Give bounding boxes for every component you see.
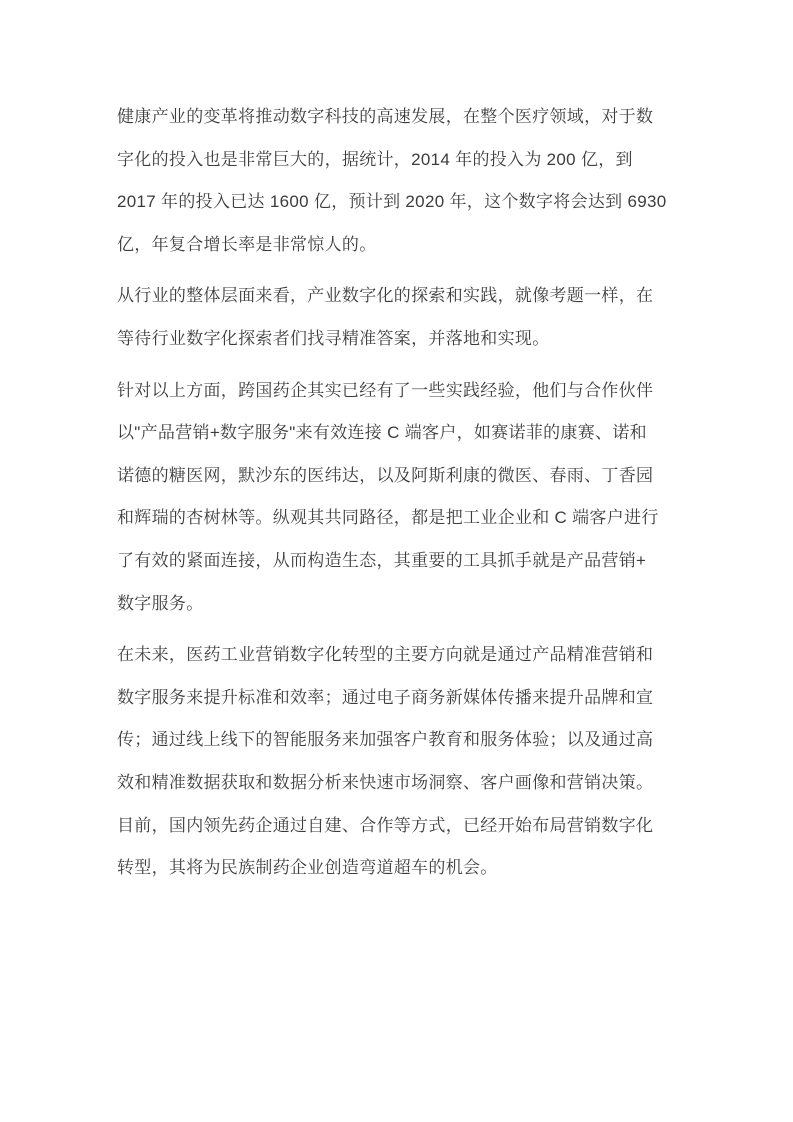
text-line: 转型，其将为民族制药企业创造弯道超车的机会。 bbox=[117, 847, 677, 890]
text-line: 亿，年复合增长率是非常惊人的。 bbox=[117, 224, 677, 267]
text-line: 在未来，医药工业营销数字化转型的主要方向就是通过产品精准营销和 bbox=[117, 634, 677, 677]
text-line: 健康产业的变革将推动数字科技的高速发展，在整个医疗领域，对于数 bbox=[117, 96, 677, 139]
text-line: 数字服务。 bbox=[117, 583, 677, 626]
paragraph: 健康产业的变革将推动数字科技的高速发展，在整个医疗领域，对于数字化的投入也是非常… bbox=[117, 96, 677, 266]
text-line: 针对以上方面，跨国药企其实已经有了一些实践经验，他们与合作伙伴 bbox=[117, 370, 677, 413]
text-line: 目前，国内领先药企通过自建、合作等方式，已经开始布局营销数字化 bbox=[117, 805, 677, 848]
text-line: 等待行业数字化探索者们找寻精准答案，并落地和实现。 bbox=[117, 318, 677, 361]
text-line: 了有效的紧面连接，从而构造生态，其重要的工具抓手就是产品营销+ bbox=[117, 540, 677, 583]
text-line: 2017 年的投入已达 1600 亿，预计到 2020 年，这个数字将会达到 6… bbox=[117, 181, 677, 224]
text-line: 和辉瑞的杏树林等。纵观其共同路径，都是把工业企业和 C 端客户进行 bbox=[117, 497, 677, 540]
text-line: 效和精准数据获取和数据分析来快速市场洞察、客户画像和营销决策。 bbox=[117, 762, 677, 805]
text-line: 从行业的整体层面来看，产业数字化的探索和实践，就像考题一样，在 bbox=[117, 275, 677, 318]
document-page: 健康产业的变革将推动数字科技的高速发展，在整个医疗领域，对于数字化的投入也是非常… bbox=[0, 0, 793, 1122]
paragraph: 从行业的整体层面来看，产业数字化的探索和实践，就像考题一样，在等待行业数字化探索… bbox=[117, 275, 677, 360]
text-line: 以"产品营销+数字服务"来有效连接 C 端客户，如赛诺菲的康赛、诺和 bbox=[117, 412, 677, 455]
text-line: 字化的投入也是非常巨大的，据统计，2014 年的投入为 200 亿，到 bbox=[117, 139, 677, 182]
text-line: 诺德的糖医网，默沙东的医纬达，以及阿斯利康的微医、春雨、丁香园 bbox=[117, 455, 677, 498]
text-line: 传；通过线上线下的智能服务来加强客户教育和服务体验；以及通过高 bbox=[117, 719, 677, 762]
text-line: 数字服务来提升标准和效率；通过电子商务新媒体传播来提升品牌和宣 bbox=[117, 677, 677, 720]
paragraph: 在未来，医药工业营销数字化转型的主要方向就是通过产品精准营销和数字服务来提升标准… bbox=[117, 634, 677, 890]
paragraph: 针对以上方面，跨国药企其实已经有了一些实践经验，他们与合作伙伴以"产品营销+数字… bbox=[117, 370, 677, 626]
document-body: 健康产业的变革将推动数字科技的高速发展，在整个医疗领域，对于数字化的投入也是非常… bbox=[117, 96, 677, 899]
